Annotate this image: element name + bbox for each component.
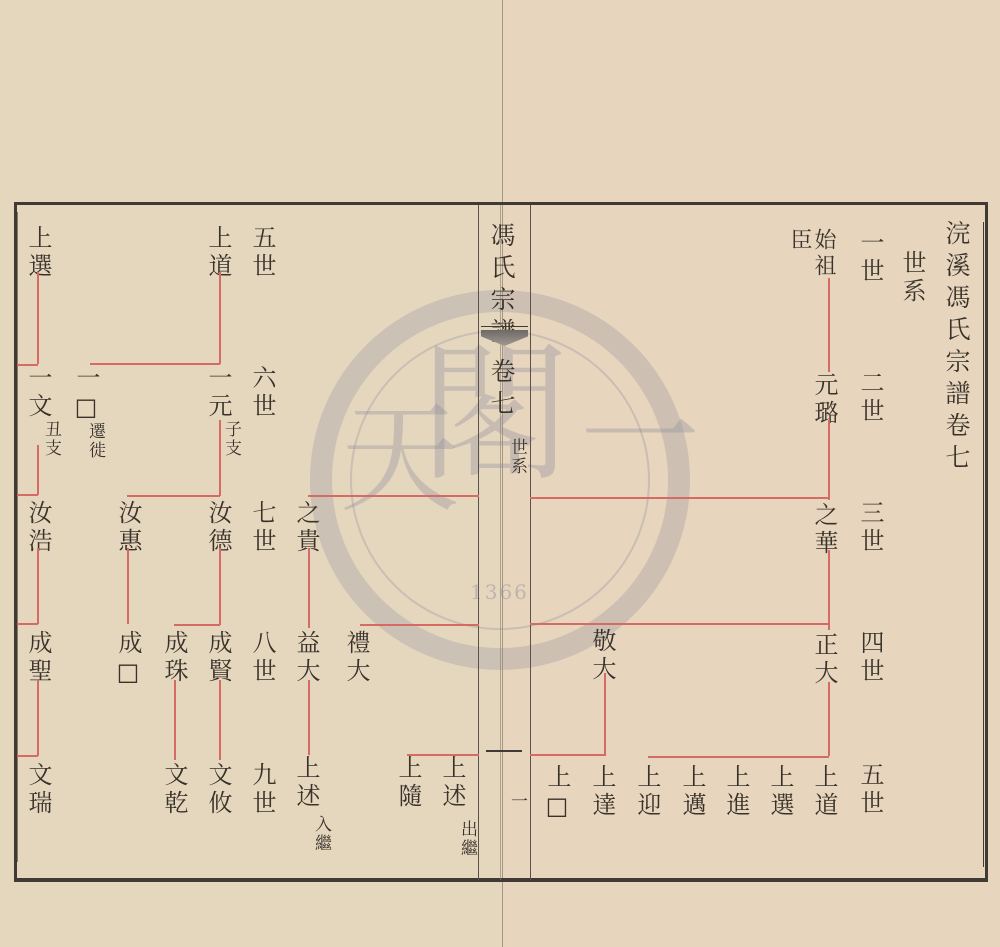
lineage-line <box>828 278 830 372</box>
running-title: 浣溪馮氏宗譜卷七 <box>944 220 969 476</box>
lineage-line <box>828 682 830 756</box>
member-name: 正大 <box>812 632 836 688</box>
member-note: 丑支 <box>42 420 59 458</box>
member-name: 上邁 <box>680 764 704 820</box>
member-name: 文攸 <box>206 762 230 818</box>
lineage-line <box>828 420 830 500</box>
generation-label: 一世 <box>858 230 882 286</box>
banner-section: 世系 <box>508 438 525 476</box>
member-name: 上達 <box>590 764 614 820</box>
banner-border-left <box>478 205 479 880</box>
lineage-line <box>174 624 220 626</box>
member-name: 文乾 <box>162 762 186 818</box>
lineage-line <box>127 495 220 497</box>
member-name: 敬大 <box>590 628 614 684</box>
generation-label: 六世 <box>250 365 274 421</box>
section-title: 世系 <box>900 250 924 306</box>
lineage-line <box>308 548 310 628</box>
fish-tail-rule <box>481 326 528 327</box>
lineage-line <box>17 623 38 625</box>
lineage-line <box>360 624 479 626</box>
banner-rule <box>486 750 522 752</box>
member-name: 上□ <box>545 764 569 824</box>
member-name: 一□ <box>74 365 98 425</box>
lineage-line <box>17 494 38 496</box>
generation-label: 二世 <box>858 370 882 426</box>
lineage-line <box>530 754 605 756</box>
generation-label: 五世 <box>858 762 882 818</box>
lineage-line <box>127 548 129 624</box>
lineage-line <box>17 364 38 366</box>
lineage-line <box>308 680 310 755</box>
member-name: 上選 <box>768 764 792 820</box>
member-name: 一元 <box>206 365 230 421</box>
generation-label: 四世 <box>858 630 882 686</box>
lineage-line <box>37 548 39 624</box>
generation-label: 九世 <box>250 762 274 818</box>
lineage-line <box>219 272 221 364</box>
lineage-line <box>37 272 39 364</box>
lineage-line <box>828 550 830 630</box>
member-name: 成賢 <box>206 630 230 686</box>
lineage-line <box>604 673 606 756</box>
lineage-line <box>219 680 221 760</box>
banner-volume: 卷七 <box>489 358 514 422</box>
member-name: 汝德 <box>206 500 230 556</box>
member-note: 子支 <box>222 420 239 458</box>
lineage-line <box>90 363 220 365</box>
banner-border-right <box>530 205 531 880</box>
member-name: 益大 <box>294 630 318 686</box>
member-note: 遷徙 <box>86 422 103 460</box>
lineage-line <box>219 548 221 625</box>
generation-label: 八世 <box>250 630 274 686</box>
lineage-line <box>174 680 176 760</box>
member-name: 之貴 <box>294 500 318 556</box>
lineage-line <box>648 756 829 758</box>
member-name: 上進 <box>724 764 748 820</box>
member-name: 臣 <box>788 228 810 254</box>
lineage-line <box>407 754 479 756</box>
member-name: 一文 <box>26 365 50 421</box>
member-name: 元璐 <box>812 372 836 428</box>
member-name: 上述 <box>440 755 464 811</box>
member-name: 上隨 <box>396 755 420 811</box>
member-name: 始祖 <box>812 228 834 280</box>
frame-inner-line <box>17 212 18 862</box>
member-name: 上迎 <box>635 764 659 820</box>
lineage-line <box>219 420 221 496</box>
member-name: 成□ <box>116 630 140 690</box>
frame-inner-line <box>983 222 984 867</box>
generation-label: 七世 <box>250 500 274 556</box>
lineage-line <box>530 497 829 499</box>
member-name: 文瑞 <box>26 762 50 818</box>
member-name: 成聖 <box>26 630 50 686</box>
member-name: 禮大 <box>344 630 368 686</box>
member-name: 上述 <box>294 755 318 811</box>
lineage-line <box>530 623 829 625</box>
member-note: 入繼 <box>312 815 329 853</box>
banner-page-number: 一 <box>508 792 525 811</box>
member-name: 之華 <box>812 502 836 558</box>
member-name: 上道 <box>812 764 836 820</box>
generation-label: 三世 <box>858 500 882 556</box>
lineage-line <box>37 445 39 495</box>
lineage-line <box>37 680 39 756</box>
lineage-line <box>17 755 38 757</box>
generation-label: 五世 <box>250 225 274 281</box>
member-name: 成珠 <box>162 630 186 686</box>
member-name: 上道 <box>206 225 230 281</box>
member-note: 出繼 <box>458 820 475 858</box>
lineage-line <box>308 495 479 497</box>
